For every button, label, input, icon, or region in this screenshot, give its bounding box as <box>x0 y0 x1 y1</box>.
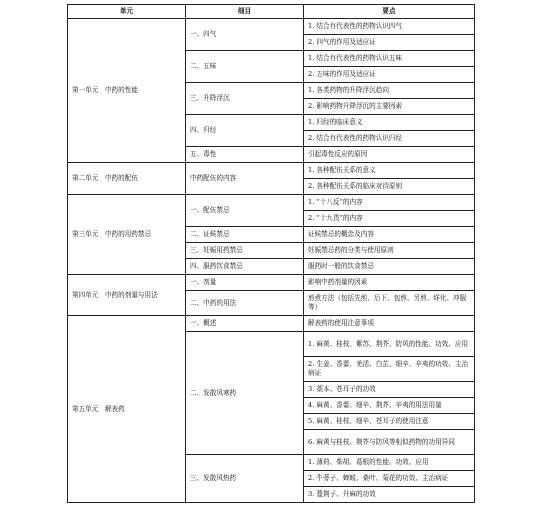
point-cell: 2. 五味的作用及适应证 <box>304 67 475 83</box>
item-cell: 中药配伍的内容 <box>186 163 304 195</box>
item-cell: 三、妊娠用药禁忌 <box>186 243 304 259</box>
point-cell: 2. 牛蒡子、蝉蜕、桑叶、菊花的功效、主治病证 <box>304 471 475 487</box>
item-cell: 五、毒性 <box>186 147 304 163</box>
point-cell: 1. 各种配伍关系的意义 <box>304 163 475 179</box>
point-cell: 1. 归经的临床意义 <box>304 115 475 131</box>
item-cell: 三、发散风热药 <box>186 455 304 503</box>
point-cell: 2. 影响药物升降浮沉的主要因素 <box>304 99 475 115</box>
point-cell: 影响中药剂量的因素 <box>304 275 475 291</box>
unit-cell: 第三单元 中药的用药禁忌 <box>68 195 186 275</box>
item-cell: 四、服药饮食禁忌 <box>186 259 304 275</box>
point-cell: 1. “十八反”的内容 <box>304 195 475 211</box>
item-cell: 一、剂量 <box>186 275 304 291</box>
point-cell: 6. 麻黄与桂枝、荆芥与防风等相似药物的功用异同 <box>304 430 475 455</box>
item-cell: 二、五味 <box>186 51 304 83</box>
point-cell: 煎煮方法（包括先煎、后下、包煎、另煎、烊化、冲服等） <box>304 291 475 316</box>
header-unit: 单元 <box>68 5 186 19</box>
point-cell: 2. 生姜、香薷、羌活、白芷、细辛、辛夷的功效、主治病证 <box>304 357 475 382</box>
point-cell: 1. 各类药物的升降浮沉趋向 <box>304 83 475 99</box>
table-row: 第一单元 中药的性能 一、四气 1. 结合有代表性的药物认识四气 <box>68 19 475 35</box>
point-cell: 1. 结合有代表性的药物认识五味 <box>304 51 475 67</box>
table-row: 第二单元 中药的配伍 中药配伍的内容 1. 各种配伍关系的意义 <box>68 163 475 179</box>
point-cell: 2. 四气的作用及适应证 <box>304 35 475 51</box>
point-cell: 证候禁忌的概念及内容 <box>304 227 475 243</box>
item-cell: 三、升降浮沉 <box>186 83 304 115</box>
point-cell: 服药时一般的饮食禁忌 <box>304 259 475 275</box>
item-cell: 四、归经 <box>186 115 304 147</box>
point-cell: 引起毒性反应的原因 <box>304 147 475 163</box>
table-row: 第五单元 解表药 一、概述 解表药的使用注意事项 <box>68 316 475 332</box>
point-cell: 1. 薄荷、柴胡、葛根的性能、功效、应用 <box>304 455 475 471</box>
table-row: 第四单元 中药的剂量与用法 一、剂量 影响中药剂量的因素 <box>68 275 475 291</box>
item-cell: 二、中药的用法 <box>186 291 304 316</box>
item-cell: 二、发散风寒药 <box>186 332 304 455</box>
syllabus-table: 单元 细目 要点 第一单元 中药的性能 一、四气 1. 结合有代表性的药物认识四… <box>67 4 475 503</box>
header-points: 要点 <box>304 5 475 19</box>
point-cell: 5. 麻黄、桂枝、细辛、苍耳子的使用注意 <box>304 414 475 430</box>
unit-cell: 第二单元 中药的配伍 <box>68 163 186 195</box>
unit-cell: 第一单元 中药的性能 <box>68 19 186 163</box>
point-cell: 2. “十九畏”的内容 <box>304 211 475 227</box>
header-item: 细目 <box>186 5 304 19</box>
item-cell: 二、证候禁忌 <box>186 227 304 243</box>
unit-cell: 第五单元 解表药 <box>68 316 186 503</box>
point-cell: 妊娠禁忌药的分类与使用原则 <box>304 243 475 259</box>
point-cell: 2. 各种配伍关系的临床对待原则 <box>304 179 475 195</box>
point-cell: 3. 藁本、苍耳子的功效 <box>304 382 475 398</box>
point-cell: 2. 结合有代表性的药物认识归经 <box>304 131 475 147</box>
point-cell: 3. 蔓荆子、升麻的功效 <box>304 487 475 503</box>
point-cell: 4. 麻黄、香薷、细辛、荆芥、辛夷的用法用量 <box>304 398 475 414</box>
header-row: 单元 细目 要点 <box>68 5 475 19</box>
point-cell: 解表药的使用注意事项 <box>304 316 475 332</box>
point-cell: 1. 结合有代表性的药物认识四气 <box>304 19 475 35</box>
item-cell: 一、四气 <box>186 19 304 51</box>
point-cell: 1. 麻黄、桂枝、紫苏、荆芥、防风的性能、功效、应用 <box>304 332 475 357</box>
unit-cell: 第四单元 中药的剂量与用法 <box>68 275 186 316</box>
item-cell: 一、配伍禁忌 <box>186 195 304 227</box>
table-row: 第三单元 中药的用药禁忌 一、配伍禁忌 1. “十八反”的内容 <box>68 195 475 211</box>
item-cell: 一、概述 <box>186 316 304 332</box>
